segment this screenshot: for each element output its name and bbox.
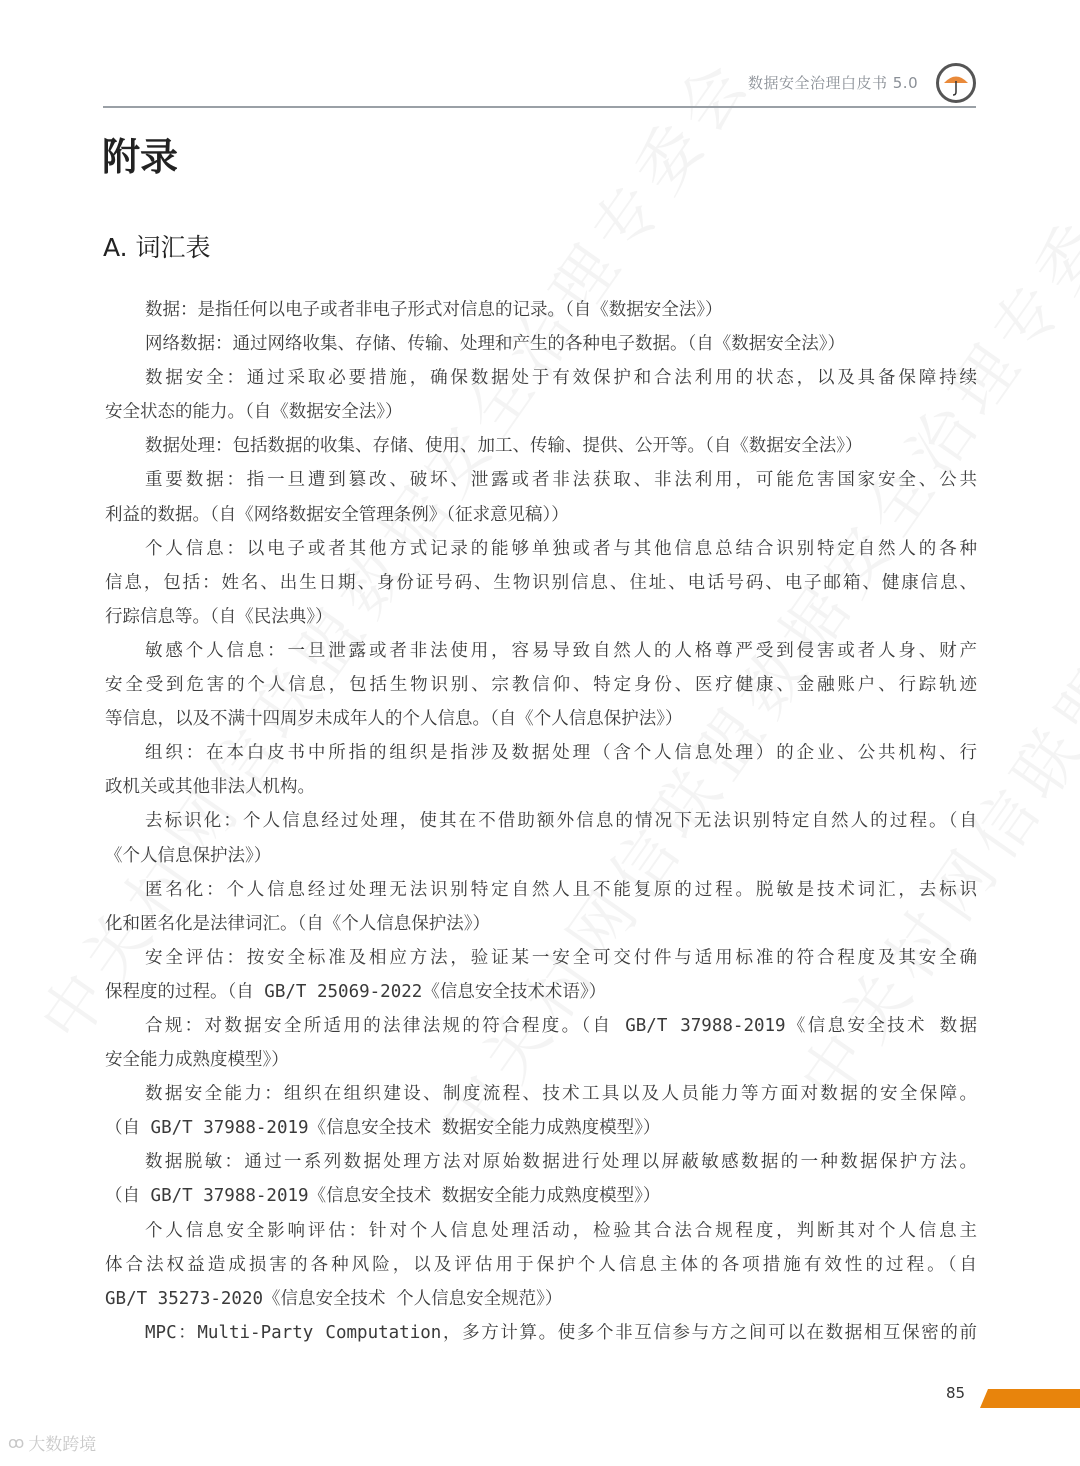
glossary-line: 合规：对数据安全所适用的法律法规的符合程度。（自 GB/T 37988-2019… bbox=[105, 1012, 977, 1046]
glossary-line: （自 GB/T 37988-2019《信息安全技术 数据安全能力成熟度模型》） bbox=[105, 1182, 977, 1216]
glossary-line: GB/T 35273-2020《信息安全技术 个人信息安全规范》） bbox=[105, 1285, 977, 1319]
page-title: 附录 bbox=[102, 126, 178, 181]
glossary-line: 保程度的过程。（自 GB/T 25069-2022《信息安全技术术语》） bbox=[105, 978, 977, 1012]
umbrella-emblem-icon bbox=[936, 63, 976, 103]
glossary-body: 数据：是指任何以电子或者非电子形式对信息的记录。（自《数据安全法》）网络数据：通… bbox=[105, 296, 977, 1353]
glossary-line: 信息，包括：姓名、出生日期、身份证号码、生物识别信息、住址、电话号码、电子邮箱、… bbox=[105, 569, 977, 603]
glossary-line: 去标识化：个人信息经过处理，使其在不借助额外信息的情况下无法识别特定自然人的过程… bbox=[105, 807, 977, 841]
glossary-line: 数据脱敏：通过一系列数据处理方法对原始数据进行处理以屏蔽敏感数据的一种数据保护方… bbox=[105, 1148, 977, 1182]
header-divider bbox=[103, 106, 976, 108]
glossary-line: 数据处理：包括数据的收集、存储、使用、加工、传输、提供、公开等。（自《数据安全法… bbox=[105, 432, 977, 466]
glossary-line: 组织：在本白皮书中所指的组织是指涉及数据处理（含个人信息处理）的企业、公共机构、… bbox=[105, 739, 977, 773]
glossary-line: 安全能力成熟度模型》） bbox=[105, 1046, 977, 1080]
glossary-line: （自 GB/T 37988-2019《信息安全技术 数据安全能力成熟度模型》） bbox=[105, 1114, 977, 1148]
glossary-line: 体合法权益造成损害的各种风险，以及评估用于保护个人信息主体的各项措施有效性的过程… bbox=[105, 1251, 977, 1285]
glossary-line: 安全状态的能力。（自《数据安全法》） bbox=[105, 398, 977, 432]
glossary-line: MPC：Multi-Party Computation，多方计算。使多个非互信参… bbox=[105, 1319, 977, 1353]
glossary-line: 网络数据：通过网络收集、存储、传输、处理和产生的各种电子数据。（自《数据安全法》… bbox=[105, 330, 977, 364]
glossary-line: 数据安全：通过采取必要措施，确保数据处于有效保护和合法利用的状态，以及具备保障持… bbox=[105, 364, 977, 398]
page-accent-bar bbox=[980, 1389, 1080, 1408]
glossary-line: 《个人信息保护法》） bbox=[105, 842, 977, 876]
glossary-line: 行踪信息等。（自《民法典》） bbox=[105, 603, 977, 637]
glossary-line: 个人信息安全影响评估：针对个人信息处理活动，检验其合法合规程度，判断其对个人信息… bbox=[105, 1217, 977, 1251]
glossary-line: 重要数据：指一旦遭到篡改、破坏、泄露或者非法获取、非法利用，可能危害国家安全、公… bbox=[105, 466, 977, 500]
brand-watermark: ꝏ 大数跨境 bbox=[8, 1430, 96, 1455]
glossary-line: 数据安全能力：组织在组织建设、制度流程、技术工具以及人员能力等方面对数据的安全保… bbox=[105, 1080, 977, 1114]
glossary-line: 个人信息：以电子或者其他方式记录的能够单独或者与其他信息总结合识别特定自然人的各… bbox=[105, 535, 977, 569]
glossary-line: 政机关或其他非法人机构。 bbox=[105, 773, 977, 807]
brand-logo-icon: ꝏ bbox=[8, 1433, 24, 1452]
glossary-line: 利益的数据。（自《网络数据安全管理条例》（征求意见稿）） bbox=[105, 501, 977, 535]
document-title: 数据安全治理白皮书 5.0 bbox=[748, 72, 918, 93]
glossary-line: 等信息，以及不满十四周岁未成年人的个人信息。（自《个人信息保护法》） bbox=[105, 705, 977, 739]
brand-name: 大数跨境 bbox=[28, 1430, 96, 1455]
glossary-line: 敏感个人信息：一旦泄露或者非法使用，容易导致自然人的人格尊严受到侵害或者人身、财… bbox=[105, 637, 977, 671]
glossary-line: 安全受到危害的个人信息，包括生物识别、宗教信仰、特定身份、医疗健康、金融账户、行… bbox=[105, 671, 977, 705]
glossary-line: 化和匿名化是法律词汇。（自《个人信息保护法》） bbox=[105, 910, 977, 944]
glossary-line: 安全评估：按安全标准及相应方法，验证某一安全可交付件与适用标准的符合程度及其安全… bbox=[105, 944, 977, 978]
glossary-line: 匿名化：个人信息经过处理无法识别特定自然人且不能复原的过程。脱敏是技术词汇，去标… bbox=[105, 876, 977, 910]
page-number: 85 bbox=[946, 1384, 965, 1402]
section-title: A. 词汇表 bbox=[103, 228, 211, 264]
glossary-line: 数据：是指任何以电子或者非电子形式对信息的记录。（自《数据安全法》） bbox=[105, 296, 977, 330]
